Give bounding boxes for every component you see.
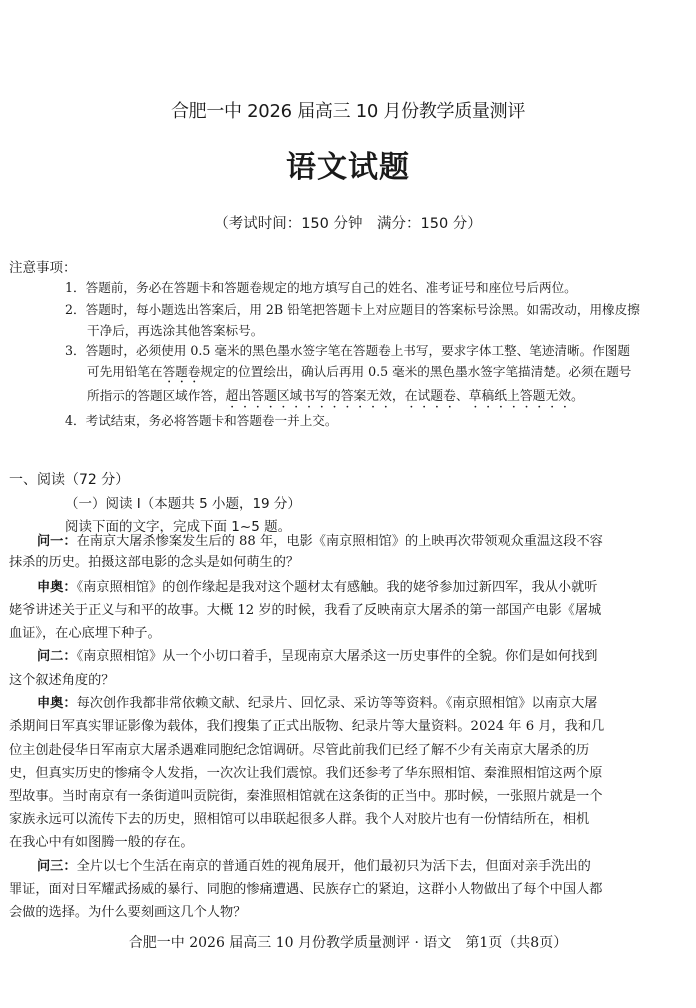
notice-item-3-text: 规定的位置绘出，确认后再用 0.5 毫米的黑色墨水签字笔描清楚。必须在题号	[200, 364, 631, 379]
notice-item-3-line-3: 所指示的答题区域作答，超出答题区域书写的答案无效，在试题卷、草稿纸上答题无效。	[87, 385, 584, 411]
subject-title: 语文试题	[0, 142, 696, 186]
paragraph-text: 每次创作我都非常依赖文献、纪录片、回忆录、采访等等资料。《南京照相馆》以南京大屠	[77, 696, 598, 711]
section-title: 一、阅读（72 分）	[9, 469, 129, 489]
speaker-label: 问一：	[37, 534, 77, 549]
emphasized-warning: 超出答题区域书写的答案无效，在试题卷、草稿纸上答题无效。	[226, 389, 584, 404]
exam-info: （考试时间：150 分钟 满分：150 分）	[0, 212, 696, 233]
page-footer: 合肥一中 2026 届高三 10 月份教学质量测评 · 语文 第1页（共8页）	[0, 932, 696, 952]
interview-q3-line-3: 会做的选择。为什么要刻画这几个人物？	[9, 901, 246, 920]
paragraph-text: 《南京照相馆》从一个小切口着手，呈现南京大屠杀这一历史事件的全貌。你们是如何找到	[77, 649, 598, 664]
interview-a2-line-2: 杀期间日军真实罪证影像为载体，我们搜集了正式出版物、纪录片等大量资料。2024 …	[9, 715, 604, 734]
notice-item-1: 1．答题前，务必在答题卡和答题卷规定的地方填写自己的姓名、准考证号和座位号后两位…	[65, 277, 577, 296]
interview-a1-line-2: 姥爷讲述关于正义与和平的故事。大概 12 岁的时候，我看了反映南京大屠杀的第一部…	[9, 599, 601, 618]
interview-a2-line-4: 史，但真实历史的惨痛令人发指，一次次让我们震惊。我们还参考了华东照相馆、秦淮照相…	[9, 762, 602, 781]
speaker-label: 申奥：	[37, 696, 77, 711]
school-exam-title: 合肥一中 2026 届高三 10 月份教学质量测评	[0, 97, 696, 123]
notice-item-3-line-1: 3．答题时，必须使用 0.5 毫米的黑色墨水签字笔在答题卷上书写，要求字体工整、…	[65, 340, 630, 359]
notice-item-3-text: 所指示的答题区域作答，	[87, 388, 226, 403]
notice-item-3-text: 可先用铅笔在	[87, 364, 163, 379]
interview-q1-line-2: 抹杀的历史。拍摄这部电影的念头是如何萌生的？	[9, 551, 299, 570]
subsection-title: （一）阅读 I（本题共 5 小题，19 分）	[65, 492, 301, 512]
notice-item-2-line-2: 干净后，再选涂其他答案标号。	[87, 320, 263, 339]
interview-a2-line-3: 位主创赴侵华日军南京大屠杀遇难同胞纪念馆调研。尽管此前我们已经了解不少有关南京大…	[9, 739, 589, 758]
interview-q2-line-1: 问二：《南京照相馆》从一个小切口着手，呈现南京大屠杀这一历史事件的全貌。你们是如…	[37, 645, 597, 664]
speaker-label: 申奥：	[37, 580, 77, 595]
interview-a1-line-3: 血证》，在心底埋下种子。	[9, 622, 161, 641]
emphasized-answer-sheet: 答题卷	[163, 364, 201, 379]
speaker-label: 问二：	[37, 649, 77, 664]
notice-title: 注意事项：	[9, 256, 77, 276]
interview-a2-line-6: 家族永远可以流传下去的历史，照相馆可以串联起很多人群。我个人对胶片也有一份情结所…	[9, 808, 589, 827]
interview-q1-line-1: 问一：在南京大屠杀惨案发生后的 88 年，电影《南京照相馆》的上映再次带领观众重…	[37, 530, 603, 549]
interview-q3-line-2: 罪证，面对日军耀武扬威的暴行、同胞的惨痛遭遇、民族存亡的紧迫，这群小人物做出了每…	[9, 878, 602, 897]
interview-a2-line-7: 在我心中有如图腾一般的存在。	[9, 831, 194, 850]
notice-item-4: 4．考试结束，务必将答题卡和答题卷一并上交。	[65, 410, 337, 429]
interview-a2-line-1: 申奥：每次创作我都非常依赖文献、纪录片、回忆录、采访等等资料。《南京照相馆》以南…	[37, 692, 597, 711]
speaker-label: 问三：	[37, 859, 77, 874]
interview-q3-line-1: 问三：全片以七个生活在南京的普通百姓的视角展开，他们最初只为活下去，但面对亲手洗…	[37, 855, 591, 874]
notice-item-3-line-2: 可先用铅笔在答题卷规定的位置绘出，确认后再用 0.5 毫米的黑色墨水签字笔描清楚…	[87, 361, 631, 386]
paragraph-text: 全片以七个生活在南京的普通百姓的视角展开，他们最初只为活下去，但面对亲手洗出的	[77, 859, 591, 874]
interview-q2-line-2: 这个叙述角度的？	[9, 669, 115, 688]
interview-a2-line-5: 型故事。当时南京有一条街道叫贡院街，秦淮照相馆就在这条街的正当中。那时候，一张照…	[9, 785, 602, 804]
notice-item-2-line-1: 2．答题时，每小题选出答案后，用 2B 铅笔把答题卡上对应题目的答案标号涂黑。如…	[65, 299, 640, 318]
interview-a1-line-1: 申奥：《南京照相馆》的创作缘起是我对这个题材太有感触。我的姥爷参加过新四军，我从…	[37, 576, 597, 595]
paragraph-text: 《南京照相馆》的创作缘起是我对这个题材太有感触。我的姥爷参加过新四军，我从小就听	[77, 580, 598, 595]
paragraph-text: 在南京大屠杀惨案发生后的 88 年，电影《南京照相馆》的上映再次带领观众重温这段…	[77, 534, 603, 549]
